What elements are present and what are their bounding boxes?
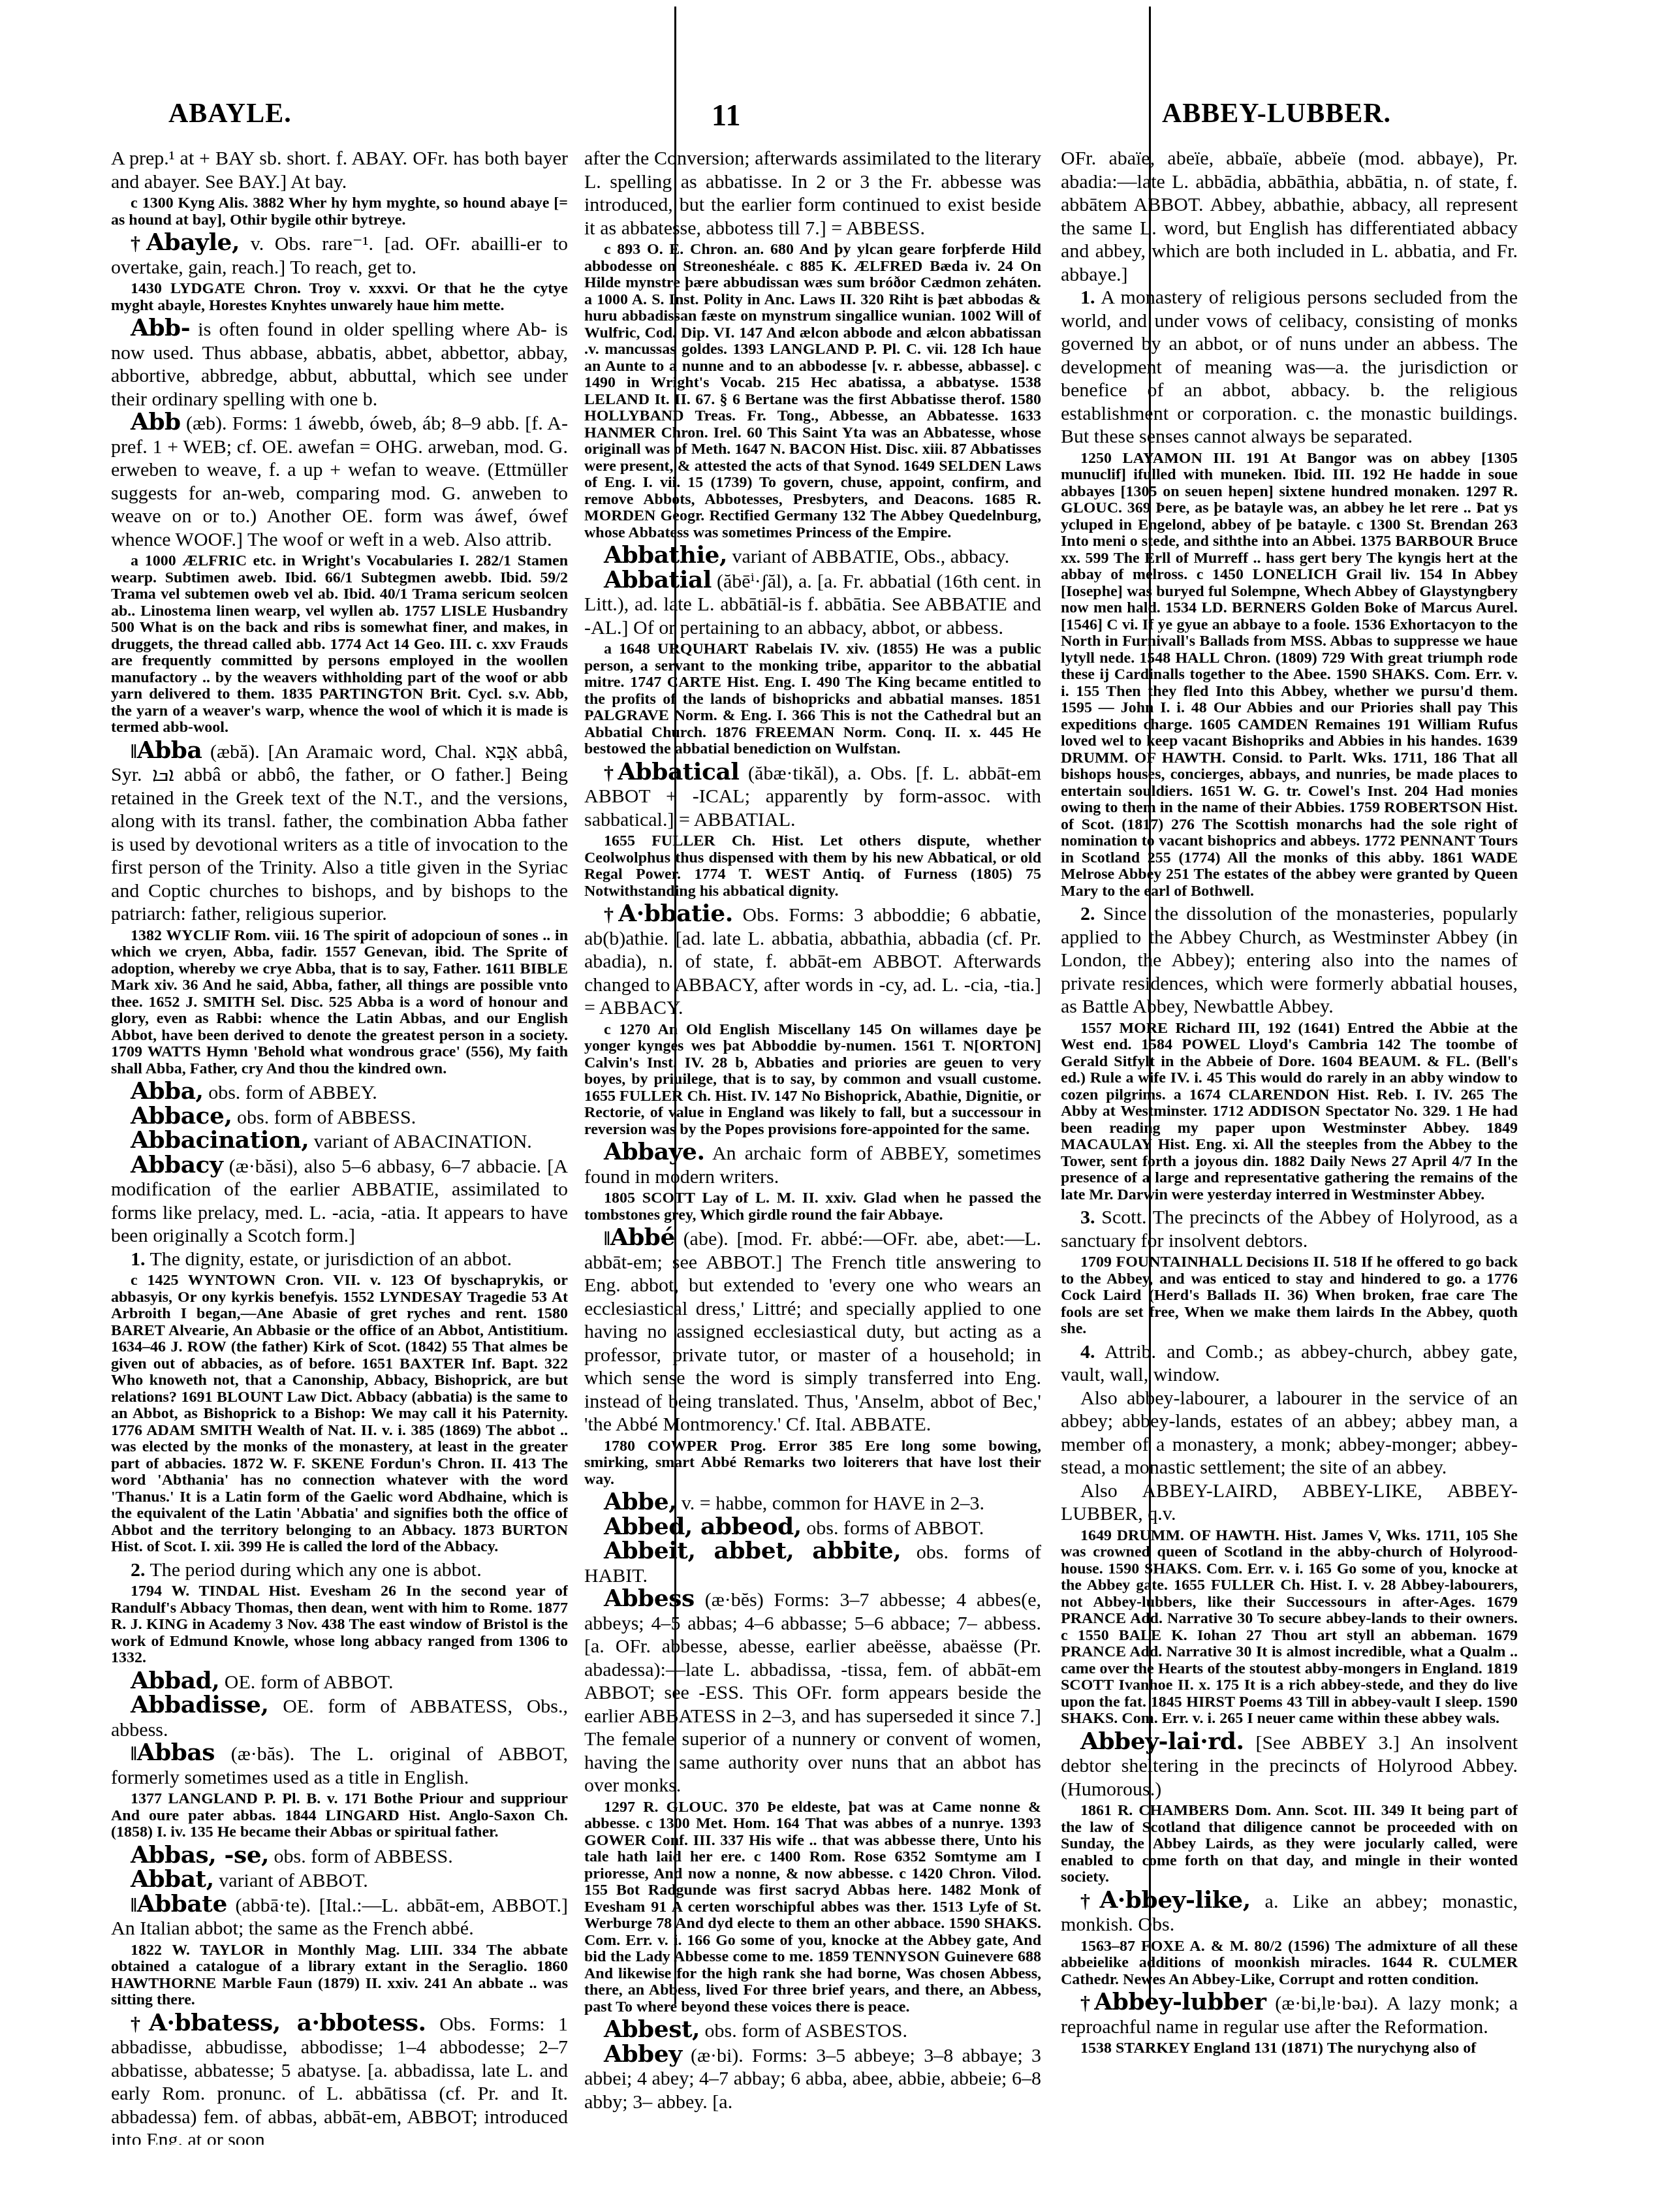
quotation-text: a 1000 ÆLFRIC etc. in Wright's Vocabular… — [111, 552, 568, 736]
definition-text: (æ·bĕs) Forms: 3–7 abbesse; 4 abbes(e, a… — [584, 1589, 1041, 1796]
headword: Abbas — [137, 1739, 215, 1766]
headword: Abbate — [137, 1890, 227, 1918]
headword: Abba — [137, 736, 202, 764]
definition-text: (abe). [mod. Fr. abbé:—OFr. abe, abet:—L… — [584, 1228, 1041, 1435]
definition-text: The period during which any one is abbot… — [149, 1559, 481, 1581]
column-3: OFr. abaïe, abeïe, abbaïe, abbeïe (mod. … — [1061, 147, 1518, 2145]
definition-text: Also ABBEY-LAIRD, ABBEY-LIKE, ABBEY-LUBB… — [1061, 1480, 1518, 1525]
dictionary-entry: †Abayle, v. Obs. rare⁻¹. [ad. OFr. abail… — [111, 231, 568, 279]
definition-text: The dignity, estate, or jurisdiction of … — [149, 1248, 512, 1270]
obsolete-dagger-icon: † — [604, 763, 618, 784]
foreign-word-parallel-icon: ‖ — [604, 1228, 610, 1250]
dictionary-entry: 4. Attrib. and Comb.; as abbey-church, a… — [1061, 1340, 1518, 1387]
foreign-word-parallel-icon: ‖ — [131, 741, 137, 763]
quotation-text: 1563–87 FOXE A. & M. 80/2 (1596) The adm… — [1061, 1938, 1518, 1988]
definition-text: variant of ABBATIE, Obs., abbacy. — [732, 546, 1010, 567]
dictionary-entry: Abbed, abbeod, obs. forms of ABBOT. — [584, 1515, 1041, 1540]
definition-text: (æbă). [An Aramaic word, Chal. אַבָּא ab… — [111, 741, 568, 925]
sense-number: 4. — [1080, 1341, 1095, 1363]
definition-text: OFr. abaïe, abeïe, abbaïe, abbeïe (mod. … — [1061, 148, 1518, 285]
quotation-paragraph: c 1270 An Old English Miscellany 145 On … — [584, 1022, 1041, 1139]
quotation-text: 1538 STARKEY England 131 (1871) The nury… — [1080, 2040, 1476, 2057]
headword: Abbaye. — [604, 1138, 704, 1165]
dictionary-entry: Abbat, variant of ABBOT. — [111, 1868, 568, 1893]
quotation-paragraph: 1557 MORE Richard III, 192 (1641) Entred… — [1061, 1020, 1518, 1204]
dictionary-entry: †A·bbatess, a·bbotess. Obs. Forms: 1 abb… — [111, 2012, 568, 2145]
dictionary-entry: Also ABBEY-LAIRD, ABBEY-LIKE, ABBEY-LUBB… — [1061, 1479, 1518, 1526]
dictionary-entry: †A·bbatie. Obs. Forms: 3 abboddie; 6 abb… — [584, 902, 1041, 1020]
obsolete-dagger-icon: † — [131, 2014, 149, 2035]
foreign-word-parallel-icon: ‖ — [131, 1895, 137, 1916]
quotation-text: 1861 R. CHAMBERS Dom. Ann. Scot. III. 34… — [1061, 1802, 1518, 1886]
quotation-paragraph: 1649 DRUMM. OF HAWTH. Hist. James V, Wks… — [1061, 1528, 1518, 1728]
sense-number: 2. — [1080, 903, 1095, 924]
definition-text: OE. form of ABBOT. — [225, 1671, 394, 1693]
headword: Abbey — [604, 2040, 682, 2068]
quotation-paragraph: 1377 LANGLAND P. Pl. B. v. 171 Bothe Pri… — [111, 1791, 568, 1841]
obsolete-dagger-icon: † — [131, 233, 146, 255]
headword: Abb — [131, 408, 181, 435]
headword: Abbas, -se, — [131, 1841, 269, 1869]
quotation-text: c 1425 WYNTOWN Cron. VII. v. 123 Of bysc… — [111, 1272, 568, 1555]
headword: Abbace, — [131, 1102, 232, 1130]
column-1: A prep.¹ at + BAY sb. short. f. ABAY. OF… — [111, 147, 568, 2145]
quotation-text: c 1300 Kyng Alis. 3882 Wher hy hym myght… — [111, 195, 568, 229]
quotation-paragraph: c 1300 Kyng Alis. 3882 Wher hy hym myght… — [111, 195, 568, 229]
headword: Abbat, — [131, 1865, 214, 1893]
dictionary-entry: 1. The dignity, estate, or jurisdiction … — [111, 1248, 568, 1271]
foreign-word-parallel-icon: ‖ — [131, 1743, 137, 1765]
sense-number: 1. — [1080, 287, 1095, 308]
definition-text: obs. form of ASBESTOS. — [705, 2020, 907, 2042]
dictionary-entry: †Abbey-lubber (æ·bi,lɐ·bəɹ). A lazy monk… — [1061, 1991, 1518, 2038]
running-head-last-word: ABBEY-LUBBER. — [1162, 98, 1391, 129]
dictionary-entry: †Abbatical (ăbæ·tikăl), a. Obs. [f. L. a… — [584, 761, 1041, 832]
headword: Abbatical — [618, 758, 739, 785]
headword: A·bbey-like, — [1099, 1886, 1250, 1914]
quotation-text: a 1648 URQUHART Rabelais IV. xiv. (1855)… — [584, 640, 1041, 757]
quotation-paragraph: 1805 SCOTT Lay of L. M. II. xxiv. Glad w… — [584, 1190, 1041, 1224]
quotation-paragraph: c 1425 WYNTOWN Cron. VII. v. 123 Of bysc… — [111, 1272, 568, 1556]
dictionary-entry: Abbacy (æ·băsi), also 5–6 abbasy, 6–7 ab… — [111, 1154, 568, 1248]
quotation-paragraph: 1250 LAYAMON III. 191 At Bangor was on a… — [1061, 450, 1518, 900]
quotation-text: 1377 LANGLAND P. Pl. B. v. 171 Bothe Pri… — [111, 1790, 568, 1841]
quotation-text: c 893 O. E. Chron. an. 680 And þy ylcan … — [584, 241, 1041, 541]
headword: Abbatial — [604, 566, 712, 593]
definition-text: Scott. The precincts of the Abbey of Hol… — [1061, 1207, 1518, 1252]
dictionary-entry: ‖Abbas (æ·băs). The L. original of ABBOT… — [111, 1741, 568, 1789]
quotation-paragraph: 1430 LYDGATE Chron. Troy v. xxxvi. Or th… — [111, 281, 568, 314]
headword: Abbad, — [131, 1667, 219, 1694]
dictionary-entry: Also abbey-labourer, a labourer in the s… — [1061, 1387, 1518, 1479]
quotation-text: c 1270 An Old English Miscellany 145 On … — [584, 1021, 1041, 1138]
dictionary-entry: 2. The period during which any one is ab… — [111, 1558, 568, 1582]
quotation-paragraph: 1822 W. TAYLOR in Monthly Mag. LIII. 334… — [111, 1942, 568, 2009]
headword: Abbey-lai·rd. — [1080, 1728, 1244, 1755]
headword: Abbacination, — [131, 1126, 309, 1154]
dictionary-entry: Abbatial (ăbēⁱ·ʃăl), a. [a. Fr. abbatial… — [584, 569, 1041, 640]
definition-text: variant of ABBOT. — [219, 1870, 368, 1891]
column-divider-2 — [1149, 7, 1151, 2004]
headword: Abba, — [131, 1077, 204, 1105]
quotation-paragraph: c 893 O. E. Chron. an. 680 And þy ylcan … — [584, 242, 1041, 541]
dictionary-entry: 3. Scott. The precincts of the Abbey of … — [1061, 1206, 1518, 1252]
dictionary-entry: Abbace, obs. form of ABBESS. — [111, 1105, 568, 1130]
headword: Abbe, — [604, 1488, 676, 1515]
definition-text: Since the dissolution of the monasteries… — [1061, 903, 1518, 1017]
headword: Abbathie, — [604, 541, 727, 569]
headword: Abbess — [604, 1585, 695, 1612]
headword: Abbeit, abbet, abbite, — [604, 1537, 901, 1564]
headword: Abbacy — [131, 1151, 223, 1178]
definition-text: A monastery of religious persons seclude… — [1061, 287, 1518, 447]
dictionary-entry: Abbe, v. = habbe, common for HAVE in 2–3… — [584, 1491, 1041, 1515]
definition-text: A prep.¹ at + BAY sb. short. f. ABAY. OF… — [111, 148, 568, 193]
definition-text: Also abbey-labourer, a labourer in the s… — [1061, 1387, 1518, 1479]
definition-text: after the Conversion; afterwards assimil… — [584, 148, 1041, 239]
page-number: 11 — [712, 98, 741, 133]
quotation-text: 1430 LYDGATE Chron. Troy v. xxxvi. Or th… — [111, 280, 568, 314]
headword: Abbadisse, — [131, 1691, 268, 1718]
quotation-text: 1822 W. TAYLOR in Monthly Mag. LIII. 334… — [111, 1942, 568, 2009]
running-head-first-word: ABAYLE. — [168, 98, 292, 129]
dictionary-entry: 2. Since the dissolution of the monaster… — [1061, 902, 1518, 1019]
dictionary-entry: †A·bbey-like, a. Like an abbey; monastic… — [1061, 1889, 1518, 1936]
quotation-paragraph: 1861 R. CHAMBERS Dom. Ann. Scot. III. 34… — [1061, 1803, 1518, 1886]
obsolete-dagger-icon: † — [604, 904, 618, 926]
dictionary-entry: after the Conversion; afterwards assimil… — [584, 147, 1041, 240]
quotation-paragraph: a 1648 URQUHART Rabelais IV. xiv. (1855)… — [584, 641, 1041, 758]
quotation-paragraph: 1794 W. TINDAL Hist. Evesham 26 In the s… — [111, 1583, 568, 1667]
dictionary-entry: Abbacination, variant of ABACINATION. — [111, 1129, 568, 1154]
dictionary-entry: Abb (æb). Forms: 1 áwebb, ówеb, áb; 8–9 … — [111, 411, 568, 551]
dictionary-entry: Abba, obs. form of ABBEY. — [111, 1080, 568, 1105]
quotation-text: 1649 DRUMM. OF HAWTH. Hist. James V, Wks… — [1061, 1527, 1518, 1728]
dictionary-entry: Abbad, OE. form of ABBOT. — [111, 1669, 568, 1694]
definition-text: obs. form of ABBESS. — [274, 1846, 453, 1867]
headword: A·bbatess, a·bbotess. — [149, 2009, 426, 2036]
quotation-paragraph: 1780 COWPER Prog. Error 385 Ere long som… — [584, 1438, 1041, 1489]
quotation-text: 1655 FULLER Ch. Hist. Let others dispute… — [584, 832, 1041, 900]
quotation-paragraph: 1655 FULLER Ch. Hist. Let others dispute… — [584, 833, 1041, 900]
sense-number: 3. — [1080, 1207, 1095, 1228]
definition-text: Attrib. and Comb.; as abbey-church, abbe… — [1061, 1341, 1518, 1386]
dictionary-entry: Abbathie, variant of ABBATIE, Obs., abba… — [584, 544, 1041, 569]
dictionary-entry: Abbey-lai·rd. [See ABBEY 3.] An insolven… — [1061, 1730, 1518, 1801]
headword: Abbest, — [604, 2015, 700, 2043]
quotation-text: 1709 FOUNTAINHALL Decisions II. 518 If h… — [1061, 1254, 1518, 1337]
obsolete-dagger-icon: † — [1080, 1993, 1094, 2014]
definition-text: v. = habbe, common for HAVE in 2–3. — [682, 1493, 984, 1514]
definition-text: obs. form of ABBESS. — [237, 1107, 416, 1128]
dictionary-entry: Abbas, -se, obs. form of ABBESS. — [111, 1844, 568, 1869]
quotation-text: 1794 W. TINDAL Hist. Evesham 26 In the s… — [111, 1583, 568, 1666]
quotation-paragraph: 1297 R. GLOUC. 370 Þe eldeste, þat was a… — [584, 1799, 1041, 2016]
headword: Abbed, abbeod, — [604, 1513, 802, 1540]
quotation-text: 1297 R. GLOUC. 370 Þe eldeste, þat was a… — [584, 1799, 1041, 2015]
dictionary-entry: ‖Abbé (abe). [mod. Fr. abbé:—OFr. abe, a… — [584, 1226, 1041, 1436]
running-head: ABAYLE. 11 ABBEY-LUBBER. — [0, 98, 1662, 137]
dictionary-entry: Abb- is often found in older spelling wh… — [111, 317, 568, 411]
quotation-paragraph: a 1000 ÆLFRIC etc. in Wright's Vocabular… — [111, 553, 568, 736]
quotation-text: 1382 WYCLIF Rom. viii. 16 The spirit of … — [111, 927, 568, 1077]
dictionary-entry: ‖Abba (æbă). [An Aramaic word, Chal. אַב… — [111, 739, 568, 926]
dictionary-entry: Abbadisse, OE. form of ABBATESS, Obs., a… — [111, 1694, 568, 1741]
column-2: after the Conversion; afterwards assimil… — [584, 147, 1041, 2145]
sense-number: 1. — [131, 1248, 146, 1270]
definition-text: obs. form of ABBEY. — [208, 1082, 377, 1103]
dictionary-entry: Abbest, obs. form of ASBESTOS. — [584, 2018, 1041, 2043]
obsolete-dagger-icon: † — [1080, 1891, 1099, 1912]
quotation-paragraph: 1709 FOUNTAINHALL Decisions II. 518 If h… — [1061, 1254, 1518, 1338]
column-divider-1 — [674, 7, 676, 2004]
dictionary-entry: Abbaye. An archaic form of ABBEY, someti… — [584, 1141, 1041, 1188]
dictionary-entry: Abbess (æ·bĕs) Forms: 3–7 abbesse; 4 abb… — [584, 1587, 1041, 1797]
dictionary-entry: A prep.¹ at + BAY sb. short. f. ABAY. OF… — [111, 147, 568, 193]
headword: Abbey-lubber — [1094, 1988, 1266, 2015]
sense-number: 2. — [131, 1559, 146, 1581]
quotation-paragraph: 1382 WYCLIF Rom. viii. 16 The spirit of … — [111, 928, 568, 1078]
quotation-paragraph: 1563–87 FOXE A. & M. 80/2 (1596) The adm… — [1061, 1938, 1518, 1989]
definition-text: variant of ABACINATION. — [314, 1131, 532, 1152]
quotation-text: 1805 SCOTT Lay of L. M. II. xxiv. Glad w… — [584, 1190, 1041, 1224]
dictionary-entry: 1. A monastery of religious persons secl… — [1061, 286, 1518, 449]
headword: Abb- — [131, 314, 190, 341]
dictionary-entry: Abbeit, abbet, abbite, obs. forms of HAB… — [584, 1540, 1041, 1587]
quotation-text: 1250 LAYAMON III. 191 At Bangor was on a… — [1061, 450, 1518, 900]
quotation-text: 1780 COWPER Prog. Error 385 Ere long som… — [584, 1438, 1041, 1488]
dictionary-entry: Abbey (æ·bi). Forms: 3–5 abbeye; 3–8 abb… — [584, 2043, 1041, 2114]
quotation-paragraph: 1538 STARKEY England 131 (1871) The nury… — [1061, 2040, 1518, 2057]
headword: Abayle, — [146, 229, 240, 256]
dictionary-entry: ‖Abbate (abbā·te). [Ital.:—L. abbāt-em, … — [111, 1893, 568, 1940]
headword: Abbé — [610, 1224, 675, 1251]
definition-text: obs. forms of ABBOT. — [806, 1517, 984, 1539]
dictionary-entry: OFr. abaïe, abeïe, abbaïe, abbeïe (mod. … — [1061, 147, 1518, 286]
quotation-text: 1557 MORE Richard III, 192 (1641) Entred… — [1061, 1020, 1518, 1203]
dictionary-columns: A prep.¹ at + BAY sb. short. f. ABAY. OF… — [111, 147, 1557, 2145]
